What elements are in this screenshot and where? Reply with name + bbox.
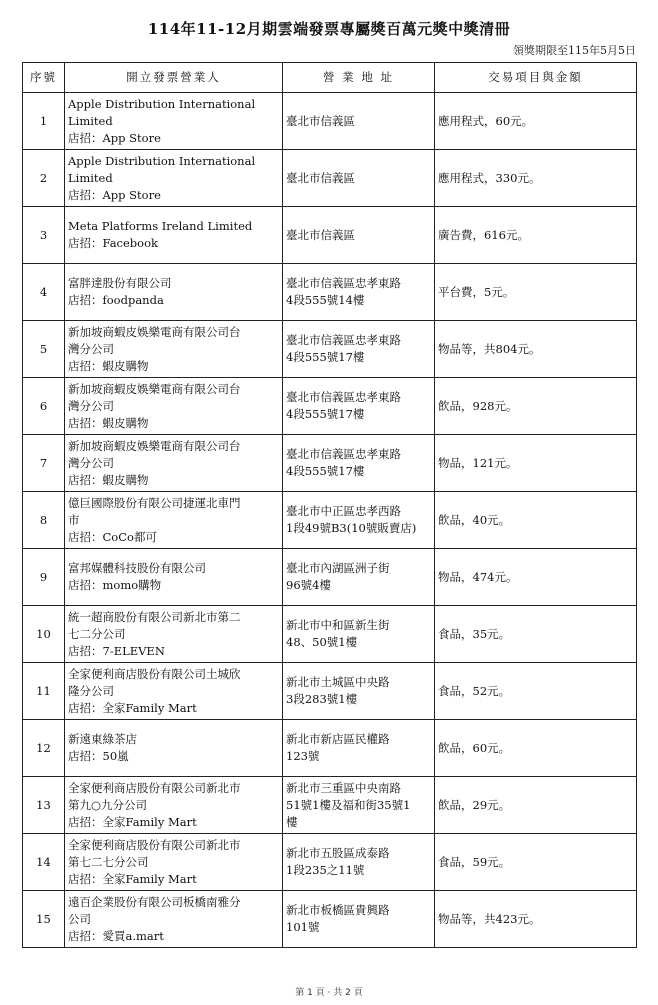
vendor-line: 店招：foodpanda: [68, 292, 279, 309]
cell-vendor: 新加坡商蝦皮娛樂電商有限公司台灣分公司店招：蝦皮購物: [65, 378, 283, 435]
table-row: 14全家便利商店股份有限公司新北市第七二七分公司店招：全家Family Mart…: [23, 834, 637, 891]
vendor-line: Apple Distribution International: [68, 153, 279, 170]
cell-item-amount: 應用程式，330元。: [435, 150, 637, 207]
vendor-line: 店招：愛買a.mart: [68, 928, 279, 945]
table-row: 7新加坡商蝦皮娛樂電商有限公司台灣分公司店招：蝦皮購物臺北市信義區忠孝東路4段5…: [23, 435, 637, 492]
vendor-line: 店招：蝦皮購物: [68, 358, 279, 375]
vendor-line: 富胖達股份有限公司: [68, 275, 279, 292]
cell-seq: 11: [23, 663, 65, 720]
address-line: 新北市中和區新生街: [286, 617, 431, 634]
table-row: 2Apple Distribution InternationalLimited…: [23, 150, 637, 207]
cell-address: 新北市三重區中央南路51號1樓及福和街35號1樓: [283, 777, 435, 834]
vendor-line: 遠百企業股份有限公司板橋南雅分: [68, 894, 279, 911]
header-seq: 序號: [23, 63, 65, 93]
cell-seq: 6: [23, 378, 65, 435]
vendor-line: 公司: [68, 911, 279, 928]
cell-seq: 10: [23, 606, 65, 663]
vendor-line: 新加坡商蝦皮娛樂電商有限公司台: [68, 381, 279, 398]
cell-vendor: 新遠東綠茶店店招：50嵐: [65, 720, 283, 777]
table-row: 6新加坡商蝦皮娛樂電商有限公司台灣分公司店招：蝦皮購物臺北市信義區忠孝東路4段5…: [23, 378, 637, 435]
cell-vendor: 億巨國際股份有限公司捷運北車門市店招：CoCo都可: [65, 492, 283, 549]
cell-vendor: Apple Distribution InternationalLimited店…: [65, 93, 283, 150]
address-line: 3段283號1樓: [286, 691, 431, 708]
vendor-line: 灣分公司: [68, 341, 279, 358]
cell-vendor: 全家便利商店股份有限公司新北市第七二七分公司店招：全家Family Mart: [65, 834, 283, 891]
vendor-line: 店招：momo購物: [68, 577, 279, 594]
address-line: 新北市新店區民權路: [286, 731, 431, 748]
cell-vendor: 統一超商股份有限公司新北市第二七二分公司店招：7-ELEVEN: [65, 606, 283, 663]
cell-seq: 7: [23, 435, 65, 492]
vendor-line: 店招：Facebook: [68, 235, 279, 252]
vendor-line: 新加坡商蝦皮娛樂電商有限公司台: [68, 324, 279, 341]
vendor-line: 七二分公司: [68, 626, 279, 643]
vendor-line: 店招：全家Family Mart: [68, 814, 279, 831]
vendor-line: 店招：蝦皮購物: [68, 472, 279, 489]
table-row: 3Meta Platforms Ireland Limited店招：Facebo…: [23, 207, 637, 264]
table-row: 12新遠東綠茶店店招：50嵐新北市新店區民權路123號飲品，60元。: [23, 720, 637, 777]
vendor-line: 億巨國際股份有限公司捷運北車門: [68, 495, 279, 512]
vendor-line: 第九○九分公司: [68, 797, 279, 814]
vendor-line: 富邦媒體科技股份有限公司: [68, 560, 279, 577]
winners-table: 序號 開立發票營業人 營 業 地 址 交易項目與金額 1Apple Distri…: [22, 62, 637, 948]
cell-seq: 4: [23, 264, 65, 321]
address-line: 51號1樓及福和街35號1: [286, 797, 431, 814]
cell-address: 新北市中和區新生街48、50號1樓: [283, 606, 435, 663]
cell-vendor: 全家便利商店股份有限公司土城欣隆分公司店招：全家Family Mart: [65, 663, 283, 720]
cell-item-amount: 物品等，共423元。: [435, 891, 637, 948]
table-row: 10統一超商股份有限公司新北市第二七二分公司店招：7-ELEVEN新北市中和區新…: [23, 606, 637, 663]
cell-address: 臺北市信義區忠孝東路4段555號17樓: [283, 435, 435, 492]
vendor-line: 隆分公司: [68, 683, 279, 700]
vendor-line: 統一超商股份有限公司新北市第二: [68, 609, 279, 626]
address-line: 臺北市信義區忠孝東路: [286, 446, 431, 463]
address-line: 臺北市內湖區洲子街: [286, 560, 431, 577]
header-item: 交易項目與金額: [435, 63, 637, 93]
table-row: 15遠百企業股份有限公司板橋南雅分公司店招：愛買a.mart新北市板橋區貴興路1…: [23, 891, 637, 948]
vendor-line: 店招：全家Family Mart: [68, 871, 279, 888]
cell-seq: 5: [23, 321, 65, 378]
vendor-line: 全家便利商店股份有限公司新北市: [68, 780, 279, 797]
cell-item-amount: 飲品，40元。: [435, 492, 637, 549]
cell-vendor: Meta Platforms Ireland Limited店招：Faceboo…: [65, 207, 283, 264]
address-line: 4段555號17樓: [286, 463, 431, 480]
cell-address: 臺北市中正區忠孝西路1段49號B3(10號販賣店): [283, 492, 435, 549]
claim-deadline: 領獎期限至115年5月5日: [513, 42, 636, 58]
cell-seq: 9: [23, 549, 65, 606]
vendor-line: 店招：App Store: [68, 187, 279, 204]
cell-vendor: 富邦媒體科技股份有限公司店招：momo購物: [65, 549, 283, 606]
vendor-line: 店招：蝦皮購物: [68, 415, 279, 432]
cell-address: 臺北市信義區忠孝東路4段555號17樓: [283, 378, 435, 435]
vendor-line: 店招：App Store: [68, 130, 279, 147]
table-row: 1Apple Distribution InternationalLimited…: [23, 93, 637, 150]
cell-item-amount: 飲品，29元。: [435, 777, 637, 834]
address-line: 101號: [286, 919, 431, 936]
address-line: 4段555號17樓: [286, 349, 431, 366]
address-line: 臺北市信義區忠孝東路: [286, 332, 431, 349]
cell-seq: 13: [23, 777, 65, 834]
address-line: 4段555號17樓: [286, 406, 431, 423]
cell-vendor: Apple Distribution InternationalLimited店…: [65, 150, 283, 207]
header-address: 營 業 地 址: [283, 63, 435, 93]
vendor-line: 店招：7-ELEVEN: [68, 643, 279, 660]
cell-address: 臺北市信義區: [283, 207, 435, 264]
cell-address: 新北市五股區成泰路1段235之11號: [283, 834, 435, 891]
cell-vendor: 新加坡商蝦皮娛樂電商有限公司台灣分公司店招：蝦皮購物: [65, 435, 283, 492]
address-line: 臺北市信義區忠孝東路: [286, 275, 431, 292]
cell-item-amount: 物品等，共804元。: [435, 321, 637, 378]
cell-address: 新北市土城區中央路3段283號1樓: [283, 663, 435, 720]
table-row: 5新加坡商蝦皮娛樂電商有限公司台灣分公司店招：蝦皮購物臺北市信義區忠孝東路4段5…: [23, 321, 637, 378]
cell-vendor: 富胖達股份有限公司店招：foodpanda: [65, 264, 283, 321]
address-line: 48、50號1樓: [286, 634, 431, 651]
cell-vendor: 新加坡商蝦皮娛樂電商有限公司台灣分公司店招：蝦皮購物: [65, 321, 283, 378]
address-line: 4段555號14樓: [286, 292, 431, 309]
cell-vendor: 遠百企業股份有限公司板橋南雅分公司店招：愛買a.mart: [65, 891, 283, 948]
address-line: 1段235之11號: [286, 862, 431, 879]
table-row: 13全家便利商店股份有限公司新北市第九○九分公司店招：全家Family Mart…: [23, 777, 637, 834]
cell-address: 臺北市信義區忠孝東路4段555號14樓: [283, 264, 435, 321]
cell-item-amount: 廣告費，616元。: [435, 207, 637, 264]
address-line: 1段49號B3(10號販賣店): [286, 520, 431, 537]
cell-item-amount: 食品，35元。: [435, 606, 637, 663]
vendor-line: Apple Distribution International: [68, 96, 279, 113]
cell-item-amount: 飲品，60元。: [435, 720, 637, 777]
table-header-row: 序號 開立發票營業人 營 業 地 址 交易項目與金額: [23, 63, 637, 93]
cell-seq: 14: [23, 834, 65, 891]
vendor-line: 市: [68, 512, 279, 529]
vendor-line: Limited: [68, 113, 279, 130]
address-line: 123號: [286, 748, 431, 765]
cell-address: 臺北市信義區忠孝東路4段555號17樓: [283, 321, 435, 378]
cell-seq: 8: [23, 492, 65, 549]
table-row: 8億巨國際股份有限公司捷運北車門市店招：CoCo都可臺北市中正區忠孝西路1段49…: [23, 492, 637, 549]
address-line: 臺北市信義區忠孝東路: [286, 389, 431, 406]
cell-seq: 2: [23, 150, 65, 207]
vendor-line: Limited: [68, 170, 279, 187]
cell-item-amount: 物品，474元。: [435, 549, 637, 606]
vendor-line: 全家便利商店股份有限公司土城欣: [68, 666, 279, 683]
table-row: 11全家便利商店股份有限公司土城欣隆分公司店招：全家Family Mart新北市…: [23, 663, 637, 720]
cell-vendor: 全家便利商店股份有限公司新北市第九○九分公司店招：全家Family Mart: [65, 777, 283, 834]
document-title: 114年11-12月期雲端發票專屬獎百萬元獎中獎清冊: [0, 18, 658, 39]
table-row: 9富邦媒體科技股份有限公司店招：momo購物臺北市內湖區洲子街96號4樓物品，4…: [23, 549, 637, 606]
address-line: 新北市土城區中央路: [286, 674, 431, 691]
address-line: 臺北市中正區忠孝西路: [286, 503, 431, 520]
table-row: 4富胖達股份有限公司店招：foodpanda臺北市信義區忠孝東路4段555號14…: [23, 264, 637, 321]
cell-address: 新北市板橋區貴興路101號: [283, 891, 435, 948]
vendor-line: 第七二七分公司: [68, 854, 279, 871]
page-indicator: 第 1 頁 · 共 2 頁: [0, 985, 658, 998]
vendor-line: 新遠東綠茶店: [68, 731, 279, 748]
cell-item-amount: 物品，121元。: [435, 435, 637, 492]
cell-item-amount: 食品，52元。: [435, 663, 637, 720]
address-line: 臺北市信義區: [286, 170, 431, 187]
table-body: 1Apple Distribution InternationalLimited…: [23, 93, 637, 948]
address-line: 樓: [286, 814, 431, 831]
cell-item-amount: 飲品，928元。: [435, 378, 637, 435]
cell-address: 臺北市信義區: [283, 93, 435, 150]
header-vendor: 開立發票營業人: [65, 63, 283, 93]
vendor-line: 灣分公司: [68, 398, 279, 415]
cell-item-amount: 平台費，5元。: [435, 264, 637, 321]
address-line: 96號4樓: [286, 577, 431, 594]
cell-item-amount: 食品，59元。: [435, 834, 637, 891]
cell-item-amount: 應用程式，60元。: [435, 93, 637, 150]
vendor-line: 店招：全家Family Mart: [68, 700, 279, 717]
vendor-line: 新加坡商蝦皮娛樂電商有限公司台: [68, 438, 279, 455]
address-line: 新北市三重區中央南路: [286, 780, 431, 797]
cell-address: 臺北市信義區: [283, 150, 435, 207]
address-line: 新北市五股區成泰路: [286, 845, 431, 862]
vendor-line: 灣分公司: [68, 455, 279, 472]
cell-address: 新北市新店區民權路123號: [283, 720, 435, 777]
vendor-line: Meta Platforms Ireland Limited: [68, 218, 279, 235]
cell-seq: 1: [23, 93, 65, 150]
vendor-line: 店招：50嵐: [68, 748, 279, 765]
vendor-line: 全家便利商店股份有限公司新北市: [68, 837, 279, 854]
cell-seq: 15: [23, 891, 65, 948]
cell-seq: 12: [23, 720, 65, 777]
address-line: 臺北市信義區: [286, 113, 431, 130]
vendor-line: 店招：CoCo都可: [68, 529, 279, 546]
cell-seq: 3: [23, 207, 65, 264]
cell-address: 臺北市內湖區洲子街96號4樓: [283, 549, 435, 606]
address-line: 臺北市信義區: [286, 227, 431, 244]
address-line: 新北市板橋區貴興路: [286, 902, 431, 919]
